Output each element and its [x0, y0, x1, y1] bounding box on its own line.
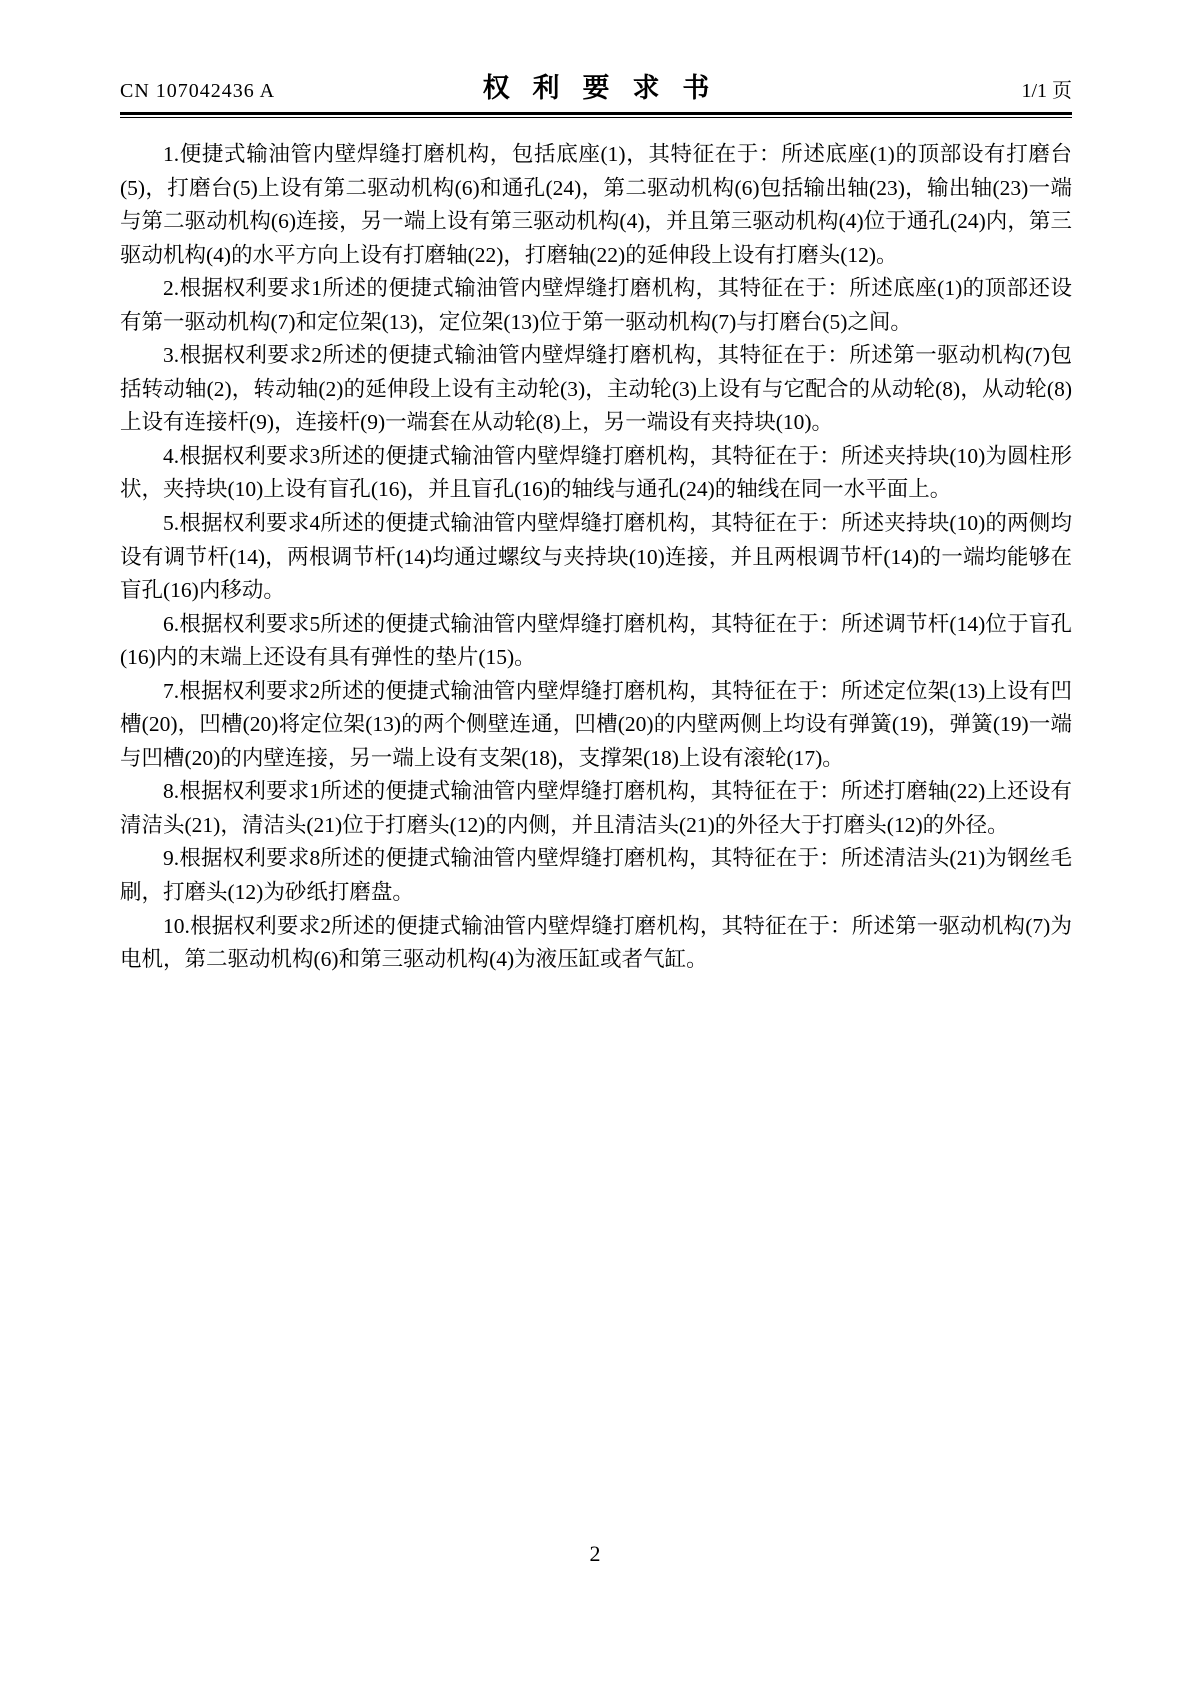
header-divider-rule [120, 112, 1072, 118]
claim-2: 2.根据权利要求1所述的便捷式输油管内壁焊缝打磨机构，其特征在于：所述底座(1)… [120, 272, 1072, 339]
patent-claims-page: CN 107042436 A 权利要求书 1/1 页 1.便捷式输油管内壁焊缝打… [0, 0, 1190, 1684]
claims-body: 1.便捷式输油管内壁焊缝打磨机构，包括底座(1)，其特征在于：所述底座(1)的顶… [120, 138, 1072, 977]
document-number: CN 107042436 A [120, 80, 483, 103]
claim-4: 4.根据权利要求3所述的便捷式输油管内壁焊缝打磨机构，其特征在于：所述夹持块(1… [120, 440, 1072, 507]
page-number: 2 [590, 1541, 601, 1566]
claim-9: 9.根据权利要求8所述的便捷式输油管内壁焊缝打磨机构，其特征在于：所述清洁头(2… [120, 842, 1072, 909]
divider-thick-line [120, 112, 1072, 115]
page-indicator: 1/1 页 [709, 74, 1072, 103]
claim-10: 10.根据权利要求2所述的便捷式输油管内壁焊缝打磨机构，其特征在于：所述第一驱动… [120, 910, 1072, 977]
claim-1: 1.便捷式输油管内壁焊缝打磨机构，包括底座(1)，其特征在于：所述底座(1)的顶… [120, 138, 1072, 272]
page-footer: 2 [0, 1541, 1190, 1567]
claim-6: 6.根据权利要求5所述的便捷式输油管内壁焊缝打磨机构，其特征在于：所述调节杆(1… [120, 608, 1072, 675]
claim-8: 8.根据权利要求1所述的便捷式输油管内壁焊缝打磨机构，其特征在于：所述打磨轴(2… [120, 775, 1072, 842]
claim-3: 3.根据权利要求2所述的便捷式输油管内壁焊缝打磨机构，其特征在于：所述第一驱动机… [120, 339, 1072, 440]
claim-5: 5.根据权利要求4所述的便捷式输油管内壁焊缝打磨机构，其特征在于：所述夹持块(1… [120, 507, 1072, 608]
page-header: CN 107042436 A 权利要求书 1/1 页 [120, 66, 1072, 105]
claim-7: 7.根据权利要求2所述的便捷式输油管内壁焊缝打磨机构，其特征在于：所述定位架(1… [120, 675, 1072, 776]
document-title: 权利要求书 [483, 66, 733, 105]
divider-thin-line [120, 117, 1072, 118]
